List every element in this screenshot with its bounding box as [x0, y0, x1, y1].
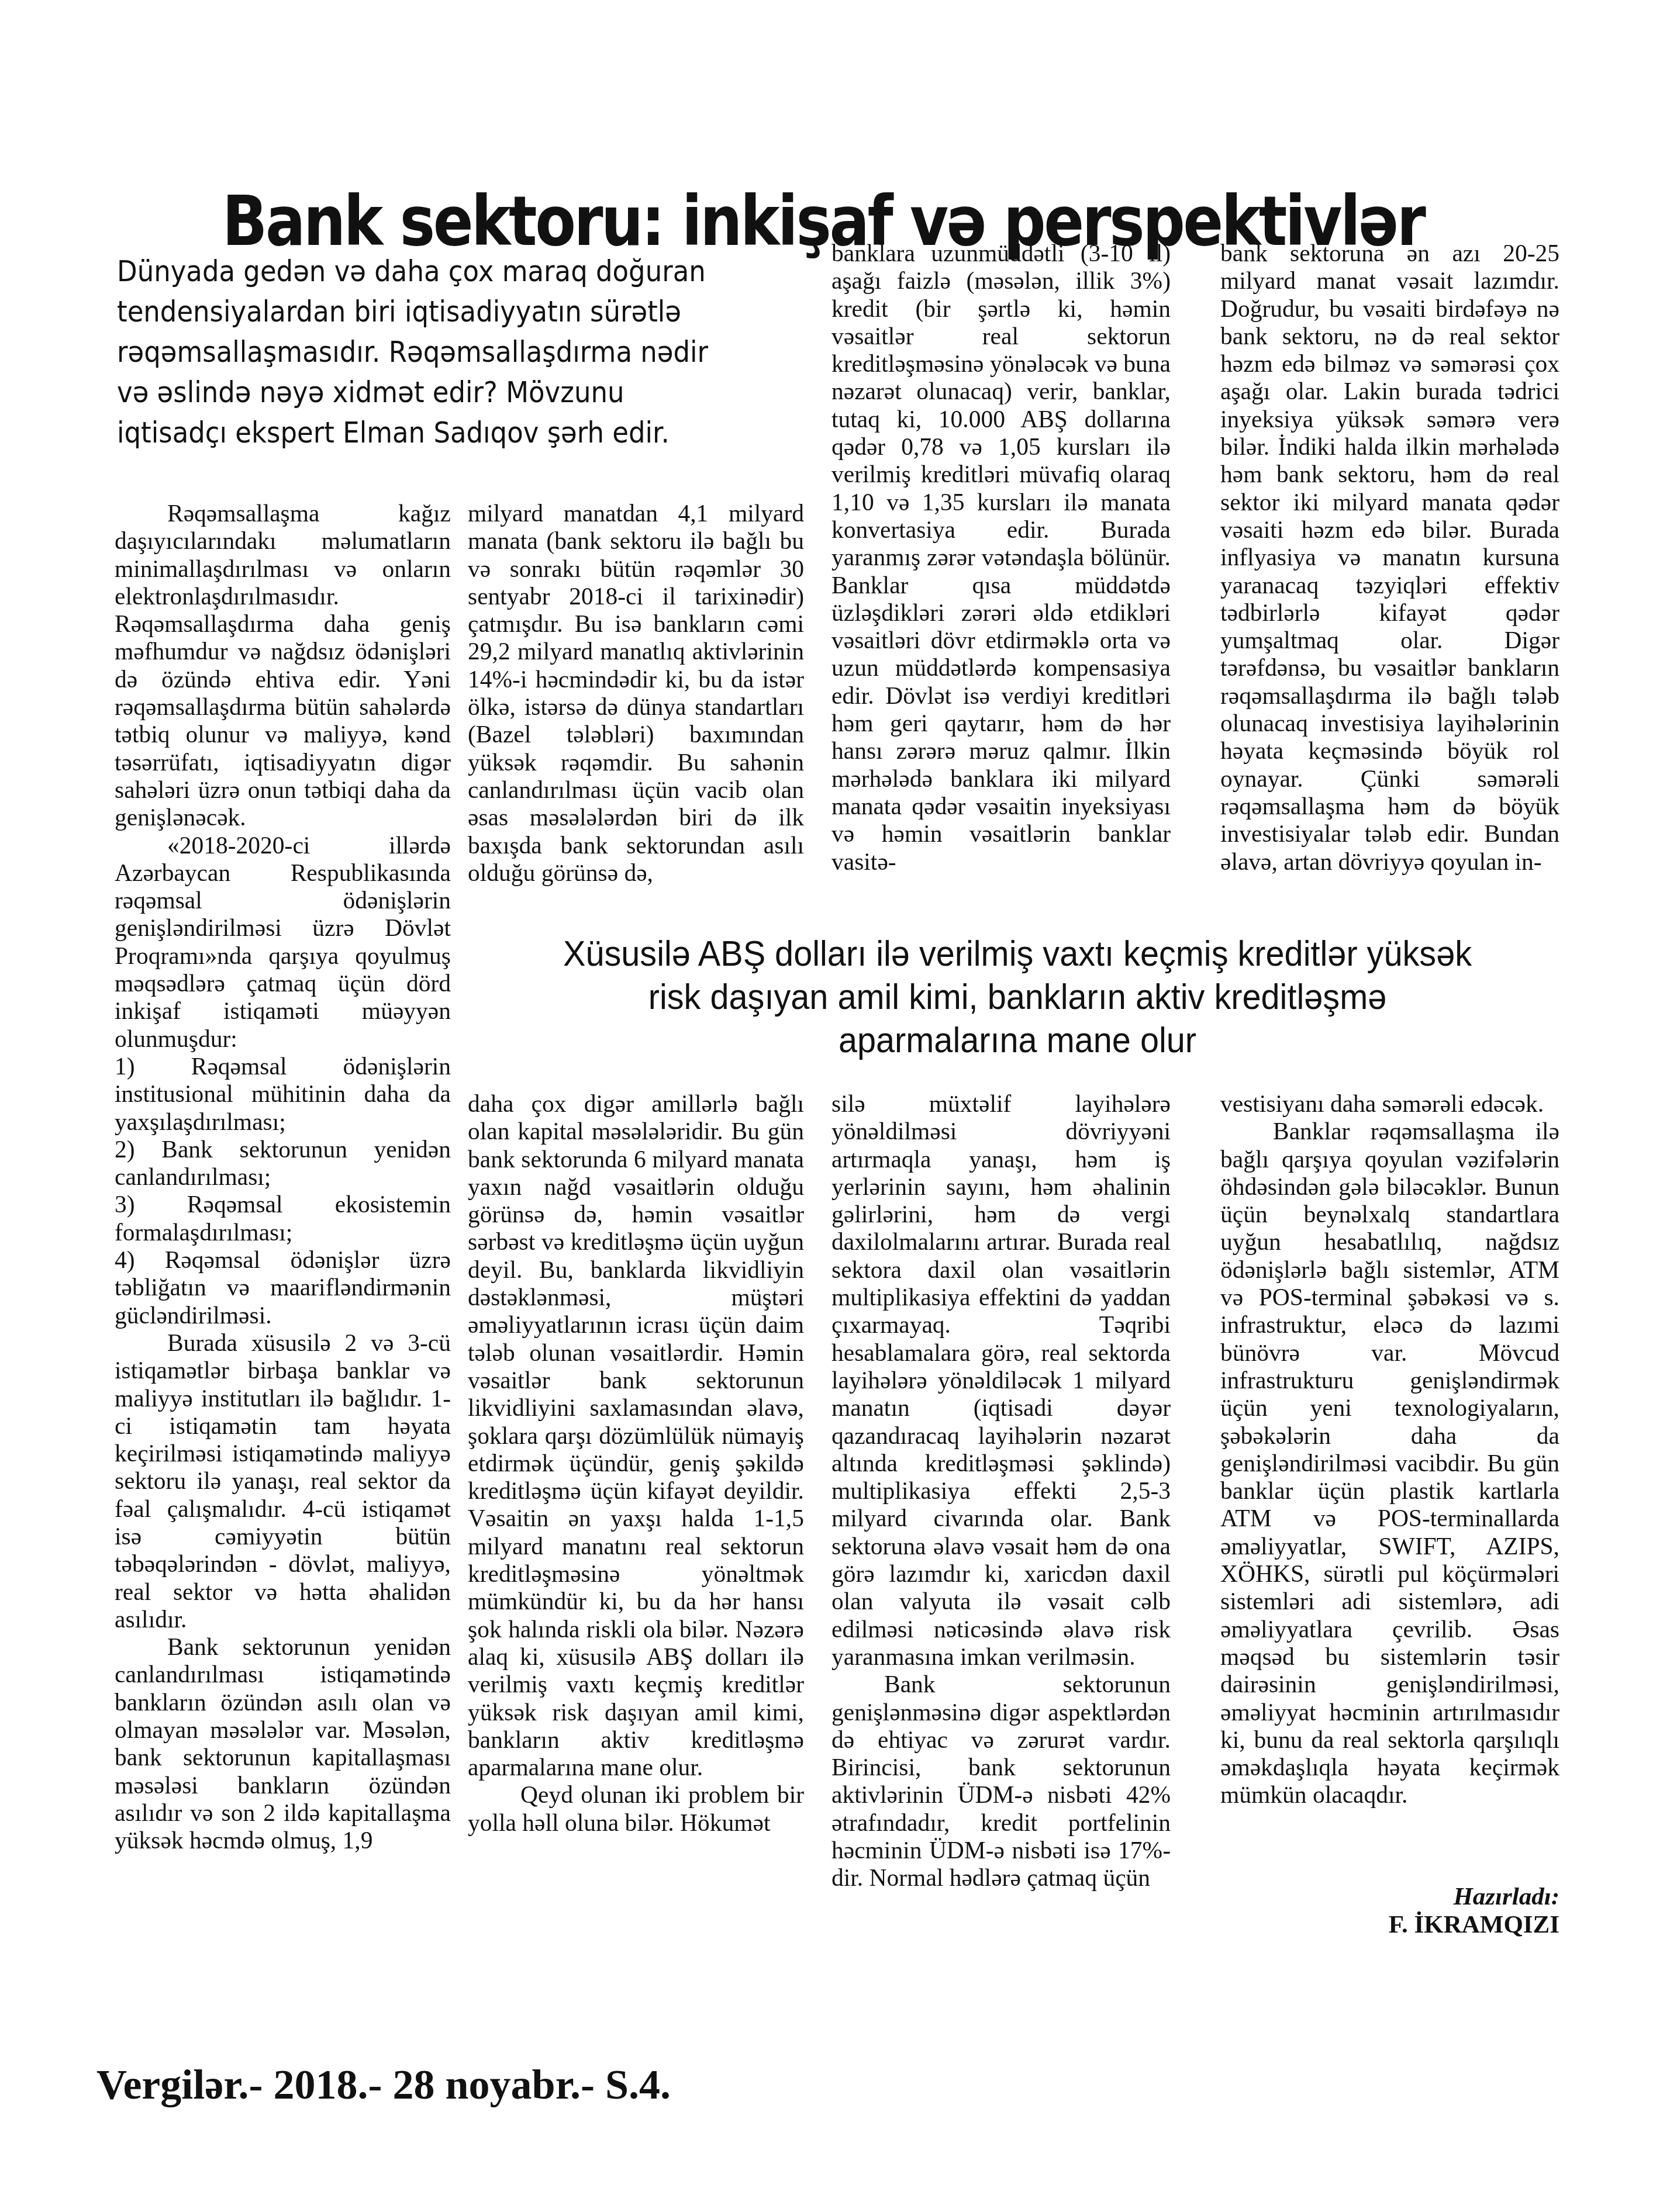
column-4-bottom: vestisiyanı daha səmərəli edəcək. Bankla…	[1220, 1090, 1559, 1809]
column-2-top: milyard manatdan 4,1 milyard manata (ban…	[468, 500, 804, 887]
paragraph: bank sektoruna ən azı 20-25 milyard mana…	[1220, 240, 1559, 876]
paragraph: vestisiyanı daha səmərəli edəcək.	[1220, 1090, 1559, 1118]
paragraph: Bank sektorunun yenidən canlandırılması …	[115, 1633, 451, 1854]
pull-quote: Xüsusilə ABŞ dolları ilə verilmiş vaxtı …	[550, 932, 1485, 1062]
column-2-bottom: daha çox digər amillərlə bağlı olan kapi…	[468, 1090, 804, 1837]
column-4-top: bank sektoruna ən azı 20-25 milyard mana…	[1220, 240, 1559, 876]
paragraph: Burada xüsusilə 2 və 3-cü istiqamətlər b…	[115, 1329, 451, 1633]
byline-label: Hazırladı:	[1220, 1882, 1559, 1911]
paragraph: banklara uzunmüddətli (3-10 il) aşağı fa…	[831, 240, 1171, 876]
list-item: 2) Bank sektorunun yenidən canlandırılma…	[115, 1136, 451, 1191]
paragraph: Qeyd olunan iki problem bir yolla həll o…	[468, 1781, 804, 1837]
paragraph: daha çox digər amillərlə bağlı olan kapi…	[468, 1090, 804, 1781]
column-3-top: banklara uzunmüddətli (3-10 il) aşağı fa…	[831, 240, 1171, 876]
byline-name: F. İKRAMQIZI	[1220, 1910, 1559, 1939]
paragraph: Bank sektorunun genişlənməsinə digər asp…	[831, 1671, 1171, 1892]
paragraph: silə müxtəlif layihələrə yönəldilməsi dö…	[831, 1090, 1171, 1671]
paragraph: «2018-2020-ci illərdə Azərbaycan Respubl…	[115, 832, 451, 1053]
paragraph: milyard manatdan 4,1 milyard manata (ban…	[468, 500, 804, 887]
column-3-bottom: silə müxtəlif layihələrə yönəldilməsi dö…	[831, 1090, 1171, 1892]
list-item: 3) Rəqəmsal ekosistemin formalaşdırılmas…	[115, 1191, 451, 1246]
list-item: 1) Rəqəmsal ödənişlərin institusional mü…	[115, 1053, 451, 1136]
article-lead: Dünyada gedən və daha çox maraq doğuran …	[117, 251, 738, 453]
paragraph: Banklar rəqəmsallaşma ilə bağlı qarşıya …	[1220, 1118, 1559, 1809]
source-citation: Vergilər.- 2018.- 28 noyabr.- S.4.	[96, 2061, 671, 2109]
column-1: Rəqəmsallaşma kağız daşıyıcılarındakı mə…	[115, 500, 451, 1855]
list-item: 4) Rəqəmsal ödənişlər üzrə təbliğatın və…	[115, 1246, 451, 1329]
paragraph: Rəqəmsallaşma kağız daşıyıcılarındakı mə…	[115, 500, 451, 832]
